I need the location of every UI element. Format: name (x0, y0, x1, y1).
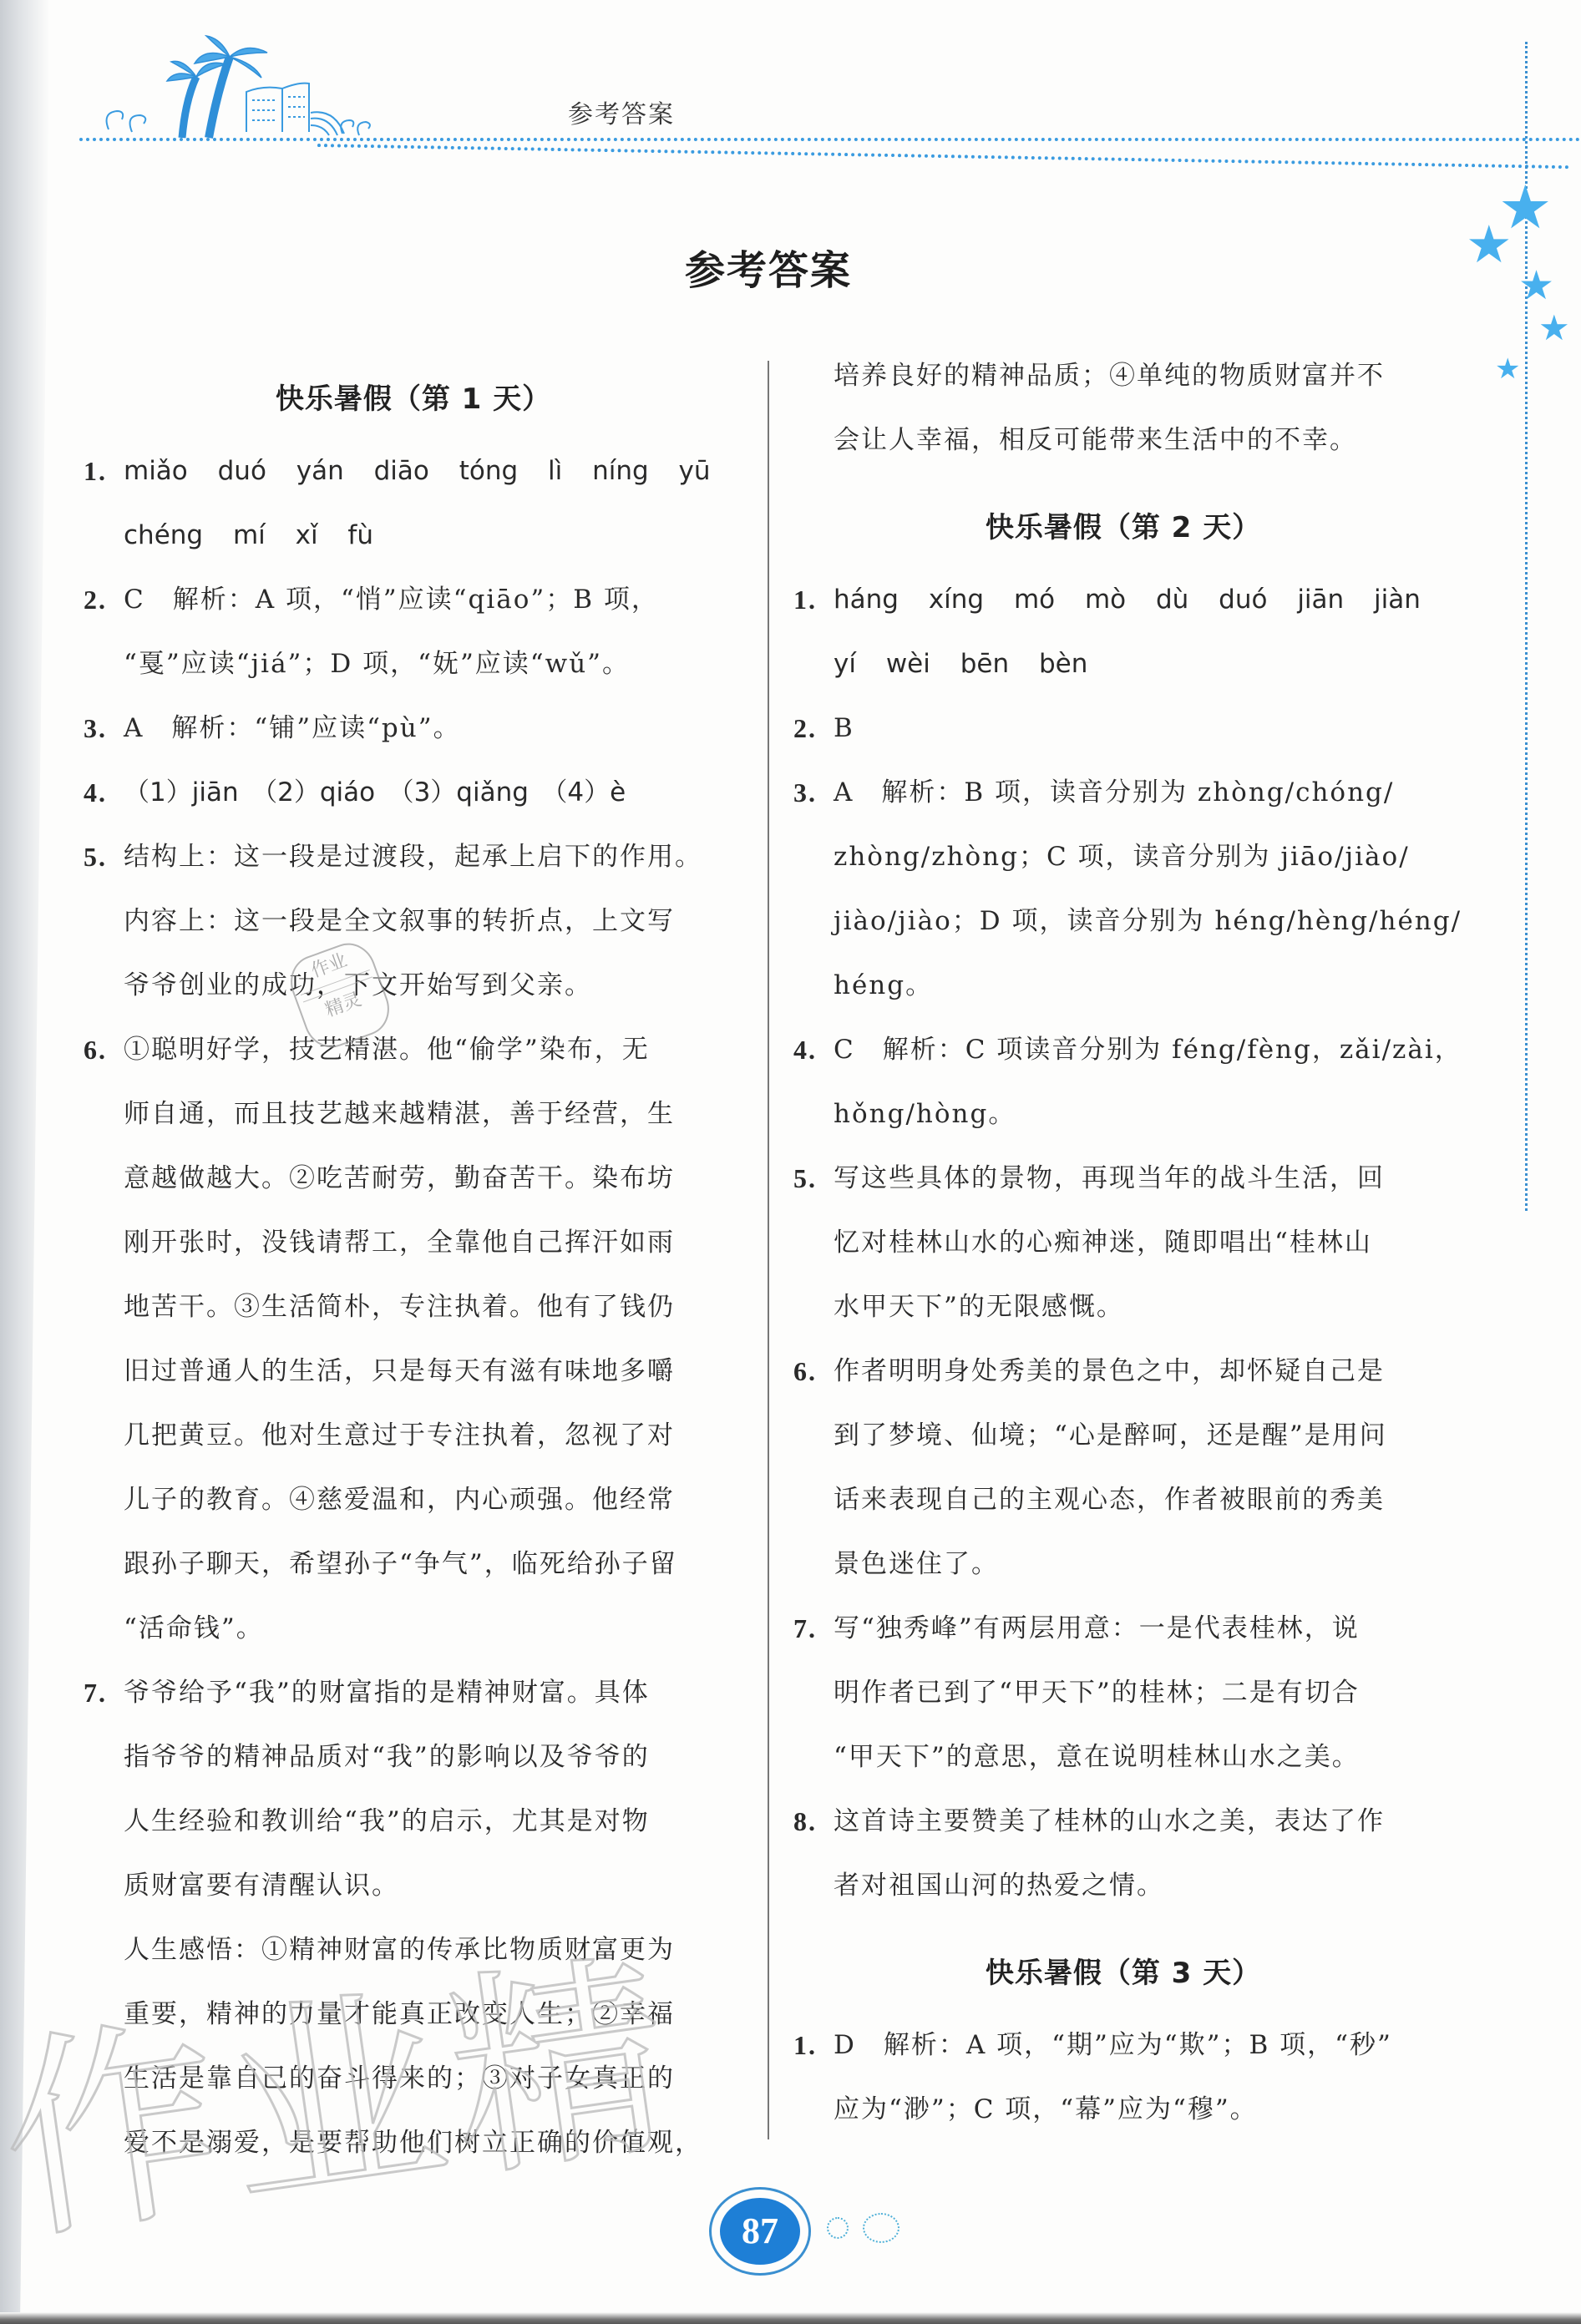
running-header-title: 参考答案 (568, 94, 675, 130)
item-number: 7. (793, 1597, 817, 1661)
item-number: 4. (793, 1018, 817, 1082)
answer-line: 这首诗主要赞美了桂林的山水之美，表达了作 (834, 1790, 1453, 1854)
answer-line: 作者明明身处秀美的景色之中，却怀疑自己是 (834, 1339, 1453, 1404)
answer-line: 水甲天下”的无限感慨。 (834, 1275, 1453, 1339)
star-icon: ★ (1495, 355, 1520, 383)
answer-line: 写这些具体的景物，再现当年的战斗生活，回 (834, 1147, 1453, 1211)
answer-line: 跟孙子聊天，希望孙子“争气”，临死给孙子留 (124, 1532, 743, 1597)
answer-line: “甲天下”的意思，意在说明桂林山水之美。 (834, 1725, 1453, 1790)
answer-line: héng。 (834, 954, 1453, 1018)
palm-tree-book-header-icon (84, 33, 384, 142)
item-number: 8. (793, 1790, 817, 1854)
answer-line: 应为“渺”；C 项，“幕”应为“穆”。 (834, 2078, 1453, 2142)
answer-line: 爷爷创业的成功，下文开始写到父亲。 (124, 954, 743, 1018)
page-number-badge: 87 (720, 2198, 800, 2265)
answer-line: 旧过普通人的生活，只是每天有滋有味地多嚼 (124, 1339, 743, 1404)
answer-line: 师自通，而且技艺越来越精湛，善于经营，生 (124, 1082, 743, 1147)
answer-line: yí wèi bēn bèn (834, 632, 1453, 696)
answer-line: 人生经验和教训给“我”的启示，尤其是对物 (124, 1790, 743, 1854)
answer-line: 地苦干。③生活简朴，专注执着。他有了钱仍 (124, 1275, 743, 1339)
answer-line: 明作者已到了“甲天下”的桂林；二是有切合 (834, 1661, 1453, 1725)
answer-line: 景色迷住了。 (834, 1532, 1453, 1597)
answer-line: 写“独秀峰”有两层用意：一是代表桂林，说 (834, 1597, 1453, 1661)
item-number: 2. (793, 696, 817, 761)
item-number: 2. (84, 568, 107, 632)
scan-edge-bottom (0, 2312, 1581, 2324)
answer-line: A 解析：B 项，读音分别为 zhòng/chóng/ (834, 761, 1453, 825)
answer-line: hǒng/hòng。 (834, 1082, 1453, 1147)
answer-line: 者对祖国山河的热爱之情。 (834, 1854, 1453, 1918)
answer-line: 爷爷给予“我”的财富指的是精神财富。具体 (124, 1661, 743, 1725)
scan-edge-left (0, 0, 50, 2324)
section-title-day-3: 快乐暑假（第 3 天） (793, 1933, 1453, 2013)
answer-line: D 解析：A 项，“期”应为“欺”；B 项，“秒” (834, 2013, 1453, 2078)
answer-line: 重要，精神的力量才能真正改变人生；②幸福 (124, 1982, 743, 2047)
header-dotted-rule-secondary (317, 144, 1570, 169)
answer-line: 指爷爷的精神品质对“我”的影响以及爷爷的 (124, 1725, 743, 1790)
answer-line: 人生感悟：①精神财富的传承比物质财富更为 (124, 1918, 743, 1982)
answer-item: 4. （1）jiān （2）qiáo （3）qiǎng （4）è (84, 761, 743, 825)
answer-line: C 解析：A 项，“悄”应读“qiāo”；B 项， (124, 568, 743, 632)
item-number: 6. (84, 1018, 107, 1082)
item-number: 3. (793, 761, 817, 825)
answer-line: （1）jiān （2）qiáo （3）qiǎng （4）è (124, 761, 743, 825)
right-column: 培养良好的精神品质；④单纯的物质财富并不 会让人幸福，相反可能带来生活中的不幸。… (793, 344, 1453, 2142)
answer-line: 刚开张时，没钱请帮工，全靠他自己挥汗如雨 (124, 1211, 743, 1275)
item-number: 4. (84, 761, 107, 825)
answer-line: jiào/jiào；D 项，读音分别为 héng/hèng/héng/ (834, 889, 1453, 954)
answer-item: 1. háng xíng mó mò dù duó jiān jiàn yí w… (793, 568, 1453, 696)
section-title-day-2: 快乐暑假（第 2 天） (793, 488, 1453, 568)
header-dotted-rule (79, 138, 1581, 141)
answer-line: 结构上：这一段是过渡段，起承上启下的作用。 (124, 825, 743, 889)
answer-item: 7. 爷爷给予“我”的财富指的是精神财富。具体 指爷爷的精神品质对“我”的影响以… (84, 1661, 743, 2175)
answer-line: 培养良好的精神品质；④单纯的物质财富并不 (834, 344, 1453, 408)
answer-line: 爱不是溺爱，是要帮助他们树立正确的价值观， (124, 2111, 743, 2175)
answer-line: 忆对桂林山水的心痴神迷，随即唱出“桂林山 (834, 1211, 1453, 1275)
star-icon: ★ (1538, 311, 1570, 346)
answer-line: miǎo duó yán diāo tóng lì níng yū (124, 439, 743, 504)
page-title: 参考答案 (0, 238, 1537, 296)
answer-line: 儿子的教育。④慈爱温和，内心顽强。他经常 (124, 1468, 743, 1532)
answer-item: 5. 结构上：这一段是过渡段，起承上启下的作用。 内容上：这一段是全文叙事的转折… (84, 825, 743, 1018)
item-number: 7. (84, 1661, 107, 1725)
item-number: 5. (793, 1147, 817, 1211)
answer-line: zhòng/zhòng；C 项，读音分别为 jiāo/jiào/ (834, 825, 1453, 889)
answer-item: 2. C 解析：A 项，“悄”应读“qiāo”；B 项， “戛”应读“jiá”；… (84, 568, 743, 696)
answer-item: 1. D 解析：A 项，“期”应为“欺”；B 项，“秒” 应为“渺”；C 项，“… (793, 2013, 1453, 2142)
answer-line: 质财富要有清醒认识。 (124, 1854, 743, 1918)
answer-item: 8. 这首诗主要赞美了桂林的山水之美，表达了作 者对祖国山河的热爱之情。 (793, 1790, 1453, 1918)
answer-line: háng xíng mó mò dù duó jiān jiàn (834, 568, 1453, 632)
answer-line: 意越做越大。②吃苦耐劳，勤奋苦干。染布坊 (124, 1147, 743, 1211)
answer-line: A 解析：“铺”应读“pù”。 (124, 696, 743, 761)
answer-line: “戛”应读“jiá”；D 项，“妩”应读“wǔ”。 (124, 632, 743, 696)
item-number: 3. (84, 696, 107, 761)
left-column: 快乐暑假（第 1 天） 1. miǎo duó yán diāo tóng lì… (84, 359, 743, 2175)
answer-item: 7. 写“独秀峰”有两层用意：一是代表桂林，说 明作者已到了“甲天下”的桂林；二… (793, 1597, 1453, 1790)
answer-item: 6. 作者明明身处秀美的景色之中，却怀疑自己是 到了梦境、仙境；“心是醉呵，还是… (793, 1339, 1453, 1597)
answer-line: C 解析：C 项读音分别为 féng/fèng，zǎi/zài， (834, 1018, 1453, 1082)
answer-item: 3. A 解析：“铺”应读“pù”。 (84, 696, 743, 761)
decor-ring-large-icon (863, 2213, 899, 2243)
answer-item: 6. ①聪明好学，技艺精湛。他“偷学”染布，无 师自通，而且技艺越来越精湛，善于… (84, 1018, 743, 1661)
answer-line: 内容上：这一段是全文叙事的转折点，上文写 (124, 889, 743, 954)
answer-line: 几把黄豆。他对生意过于专注执着，忽视了对 (124, 1404, 743, 1468)
answer-line: 到了梦境、仙境；“心是醉呵，还是醒”是用问 (834, 1404, 1453, 1468)
answer-item: 4. C 解析：C 项读音分别为 féng/fèng，zǎi/zài， hǒng… (793, 1018, 1453, 1147)
answer-item: 2. B (793, 696, 1453, 761)
answer-continuation: 培养良好的精神品质；④单纯的物质财富并不 会让人幸福，相反可能带来生活中的不幸。 (793, 344, 1453, 473)
answer-line: 生活是靠自己的奋斗得来的；③对子女真正的 (124, 2047, 743, 2111)
item-number: 1. (84, 439, 107, 504)
column-divider (768, 361, 769, 2139)
item-number: 1. (793, 568, 817, 632)
item-number: 1. (793, 2013, 817, 2078)
answer-line: B (834, 696, 1453, 761)
item-number: 5. (84, 825, 107, 889)
answer-item: 1. miǎo duó yán diāo tóng lì níng yū ché… (84, 439, 743, 568)
answer-line: ①聪明好学，技艺精湛。他“偷学”染布，无 (124, 1018, 743, 1082)
item-number: 6. (793, 1339, 817, 1404)
answer-item: 3. A 解析：B 项，读音分别为 zhòng/chóng/ zhòng/zhò… (793, 761, 1453, 1018)
decor-ring-small-icon (827, 2217, 849, 2239)
section-title-day-1: 快乐暑假（第 1 天） (84, 359, 743, 439)
answer-line: “活命钱”。 (124, 1597, 743, 1661)
answer-line: 会让人幸福，相反可能带来生活中的不幸。 (834, 408, 1453, 473)
answer-line: 话来表现自己的主观心态，作者被眼前的秀美 (834, 1468, 1453, 1532)
answer-item: 5. 写这些具体的景物，再现当年的战斗生活，回 忆对桂林山水的心痴神迷，随即唱出… (793, 1147, 1453, 1339)
answer-line: chéng mí xǐ fù (124, 504, 743, 568)
